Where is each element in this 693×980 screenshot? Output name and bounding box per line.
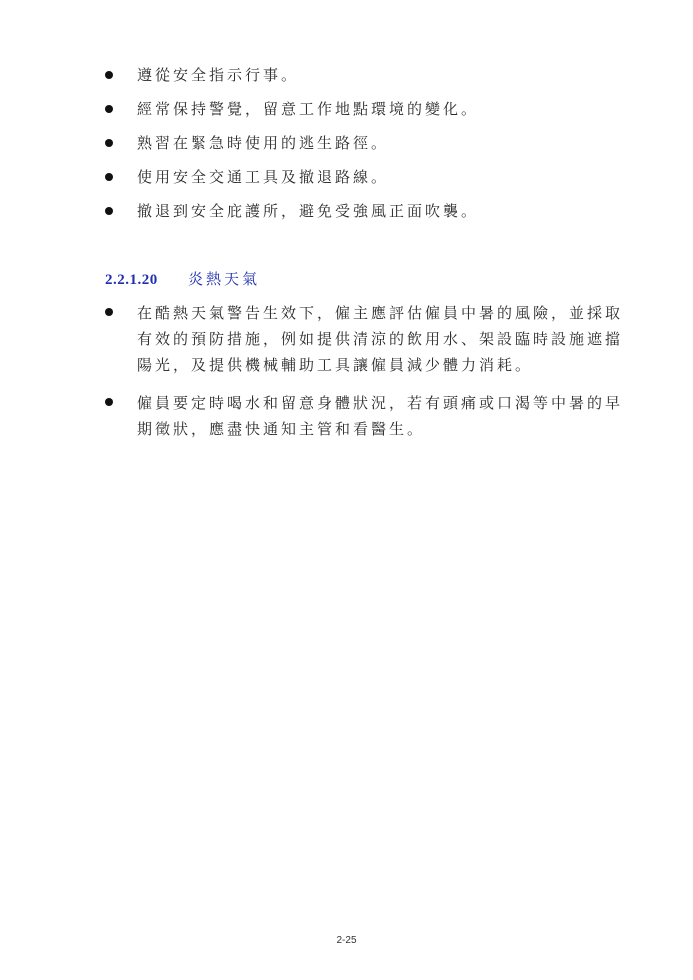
section-title: 炎熱天氣 — [188, 268, 260, 289]
list-item: 經常保持警覺，留意工作地點環境的變化。 — [105, 97, 625, 121]
list-item-text: 在酷熱天氣警告生效下，僱主應評估僱員中暑的風險，並採取有效的預防措施，例如提供清… — [137, 304, 623, 374]
list-item-text: 經常保持警覺，留意工作地點環境的變化。 — [137, 100, 479, 118]
bullet-icon — [105, 139, 113, 147]
section-heading: 2.2.1.20 炎熱天氣 — [105, 268, 260, 289]
list-item: 使用安全交通工具及撤退路線。 — [105, 165, 625, 189]
list-item: 僱員要定時喝水和留意身體狀況，若有頭痛或口渴等中暑的早期徵狀，應盡快通知主管和看… — [105, 390, 625, 442]
bullet-icon — [105, 398, 113, 406]
bullet-icon — [105, 173, 113, 181]
section-number: 2.2.1.20 — [105, 272, 188, 289]
bullet-icon — [105, 207, 113, 215]
list-item-text: 使用安全交通工具及撤退路線。 — [137, 168, 389, 186]
hot-weather-list: 在酷熱天氣警告生效下，僱主應評估僱員中暑的風險，並採取有效的預防措施，例如提供清… — [105, 300, 625, 454]
document-page: 遵從安全指示行事。 經常保持警覺，留意工作地點環境的變化。 熟習在緊急時使用的逃… — [0, 0, 693, 980]
safety-instructions-list: 遵從安全指示行事。 經常保持警覺，留意工作地點環境的變化。 熟習在緊急時使用的逃… — [105, 63, 625, 233]
list-item: 遵從安全指示行事。 — [105, 63, 625, 87]
list-item: 熟習在緊急時使用的逃生路徑。 — [105, 131, 625, 155]
list-item-text: 熟習在緊急時使用的逃生路徑。 — [137, 134, 389, 152]
bullet-icon — [105, 105, 113, 113]
bullet-icon — [105, 71, 113, 79]
page-number: 2-25 — [0, 935, 693, 946]
list-item-text: 僱員要定時喝水和留意身體狀況，若有頭痛或口渴等中暑的早期徵狀，應盡快通知主管和看… — [137, 394, 623, 438]
list-item: 在酷熱天氣警告生效下，僱主應評估僱員中暑的風險，並採取有效的預防措施，例如提供清… — [105, 300, 625, 378]
bullet-icon — [105, 308, 113, 316]
list-item-text: 撤退到安全庇護所，避免受強風正面吹襲。 — [137, 202, 479, 220]
list-item-text: 遵從安全指示行事。 — [137, 66, 299, 84]
list-item: 撤退到安全庇護所，避免受強風正面吹襲。 — [105, 199, 625, 223]
